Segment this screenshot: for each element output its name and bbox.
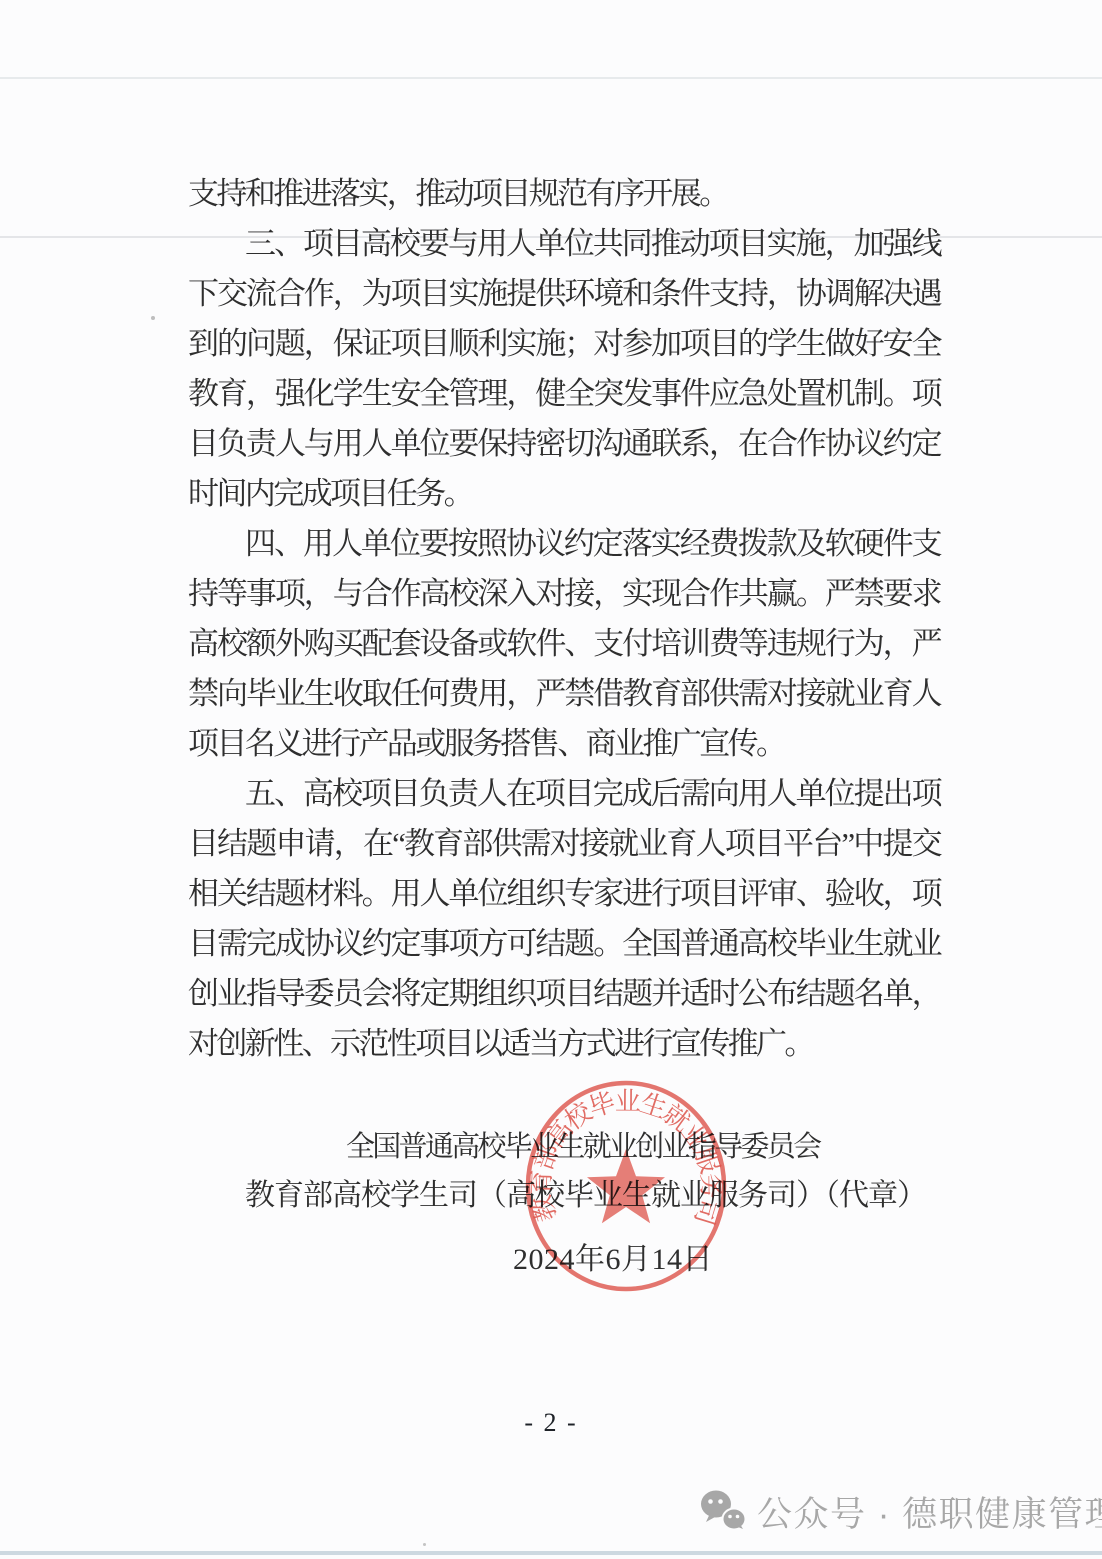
- wechat-icon: [699, 1489, 747, 1535]
- paragraph-item-four: 四、用人单位要按照协议约定落实经费拨款及软硬件支持等事项，与合作高校深入对接，实…: [188, 519, 940, 769]
- paragraph-continuation: 支持和推进落实，推动项目规范有序开展。: [188, 169, 940, 219]
- document-page: 支持和推进落实，推动项目规范有序开展。 三、项目高校要与用人单位共同推动项目实施…: [0, 0, 1102, 1559]
- scan-speck: [423, 1543, 426, 1546]
- letter-date: 2024年6月14日: [513, 1234, 713, 1278]
- scan-artifact-line-top: [0, 77, 1102, 79]
- signatory-committee: 全国普通高校毕业生就业创业指导委员会: [346, 1124, 819, 1165]
- paragraph-item-five: 五、高校项目负责人在项目完成后需向用人单位提出项目结题申请，在“教育部供需对接就…: [188, 769, 940, 1069]
- scan-speck: [151, 316, 155, 320]
- page-number: - 2 -: [0, 1408, 1102, 1438]
- watermark: 公众号 · 德职健康管理: [699, 1487, 1102, 1537]
- watermark-text: 公众号 · 德职健康管理: [757, 1487, 1102, 1537]
- scan-artifact-line-bottom: [0, 1551, 1102, 1555]
- paragraph-item-three: 三、项目高校要与用人单位共同推动项目实施，加强线下交流合作，为项目实施提供环境和…: [188, 219, 940, 519]
- letter-body: 支持和推进落实，推动项目规范有序开展。 三、项目高校要与用人单位共同推动项目实施…: [188, 169, 940, 1069]
- signatory-department: 教育部高校学生司（高校毕业生就业服务司）（代章）: [245, 1170, 926, 1214]
